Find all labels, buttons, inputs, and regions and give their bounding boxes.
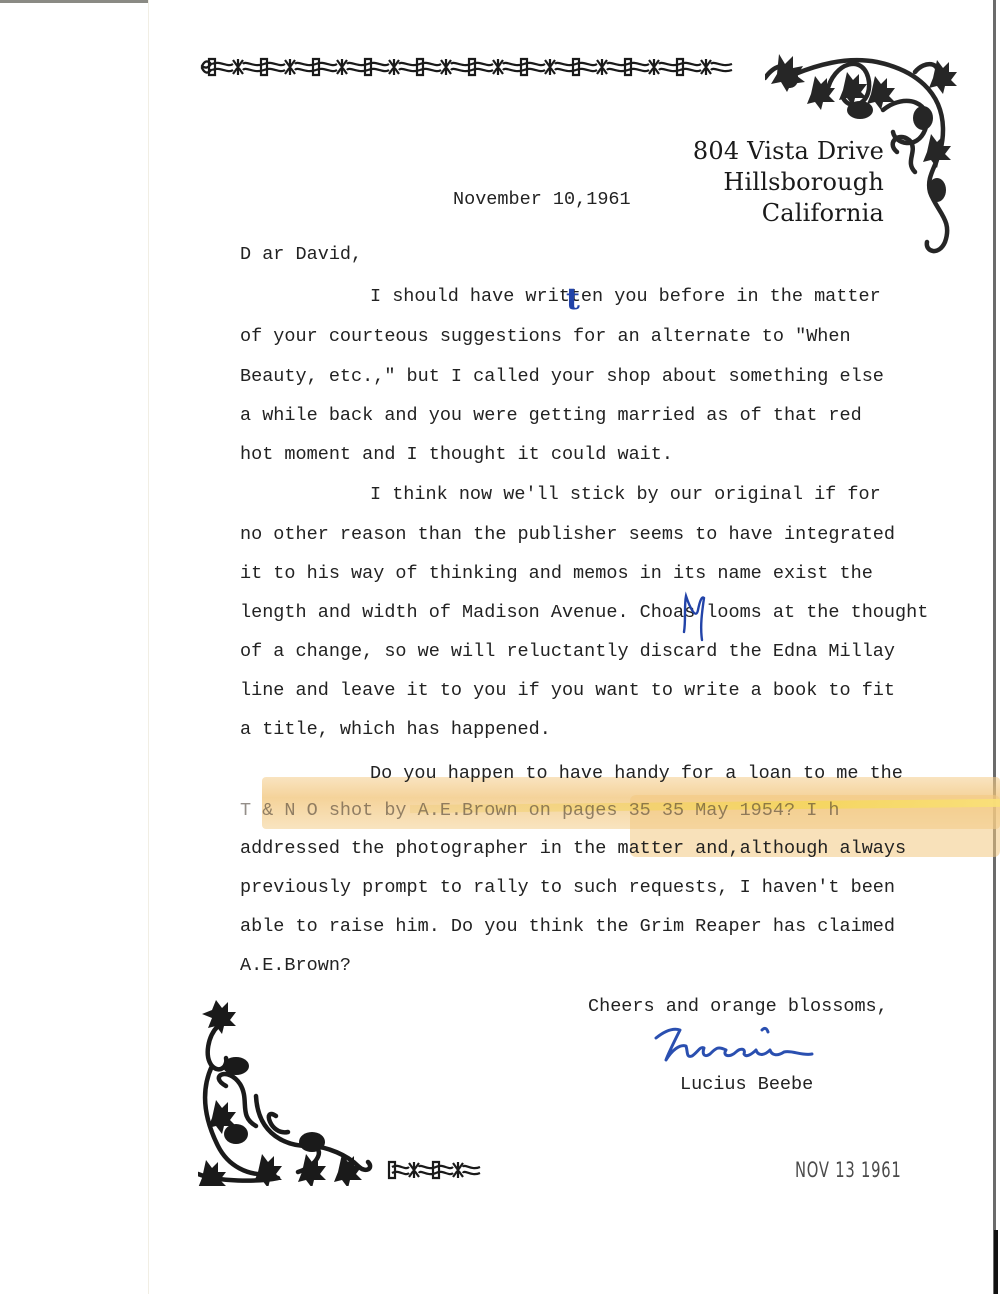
body-line: hot moment and I thought it could wait. [240, 444, 673, 465]
body-line: addressed the photographer in the matter… [240, 838, 906, 859]
scan-edge-right [993, 0, 996, 1294]
body-line: a title, which has happened. [240, 719, 551, 740]
letterhead-state: California [693, 198, 884, 229]
handwritten-signature: Lucius [652, 1020, 852, 1070]
body-line: able to raise him. Do you think the Grim… [240, 916, 895, 937]
body-line: I think now we'll stick by our original … [370, 484, 881, 505]
body-line: line and leave it to you if you want to … [240, 680, 895, 701]
body-line: of your courteous suggestions for an alt… [240, 326, 851, 347]
body-line: I should have written you before in the … [370, 286, 881, 307]
body-line: length and width of Madison Avenue. Choa… [240, 602, 928, 623]
body-line: previously prompt to rally to such reque… [240, 877, 895, 898]
body-line: A.E.Brown? [240, 955, 351, 976]
body-line-taped: T & N O shot by A.E.Brown on pages 35 35… [240, 800, 840, 821]
handwritten-transposition-mark [678, 590, 708, 642]
letterhead-street: 804 Vista Drive [693, 136, 884, 167]
vine-corner-bottom-left-ornament [198, 996, 378, 1186]
scan-edge-top [0, 0, 148, 3]
body-line: of a change, so we will reluctantly disc… [240, 641, 895, 662]
body-line: no other reason than the publisher seems… [240, 524, 895, 545]
vine-border-bottom-ornament [378, 1160, 498, 1180]
closing-line: Cheers and orange blossoms, [588, 996, 888, 1017]
vine-border-top-ornament [198, 54, 773, 80]
scan-edge-left [148, 0, 149, 1294]
salutation: D ar David, [240, 244, 362, 265]
typed-signature-name: Lucius Beebe [680, 1074, 813, 1095]
letter-date: November 10,1961 [453, 189, 631, 210]
handwritten-correction-t: t [566, 282, 580, 317]
letterhead-address: 804 Vista Drive Hillsborough California [693, 136, 884, 229]
received-date-stamp: NOV 13 1961 [795, 1158, 902, 1182]
body-line: Do you happen to have handy for a loan t… [370, 763, 903, 784]
body-line: Beauty, etc.," but I called your shop ab… [240, 366, 884, 387]
body-line: a while back and you were getting marrie… [240, 405, 862, 426]
scan-edge-right-shadow [994, 1230, 998, 1294]
letterhead-city: Hillsborough [693, 167, 884, 198]
body-line: it to his way of thinking and memos in i… [240, 563, 873, 584]
